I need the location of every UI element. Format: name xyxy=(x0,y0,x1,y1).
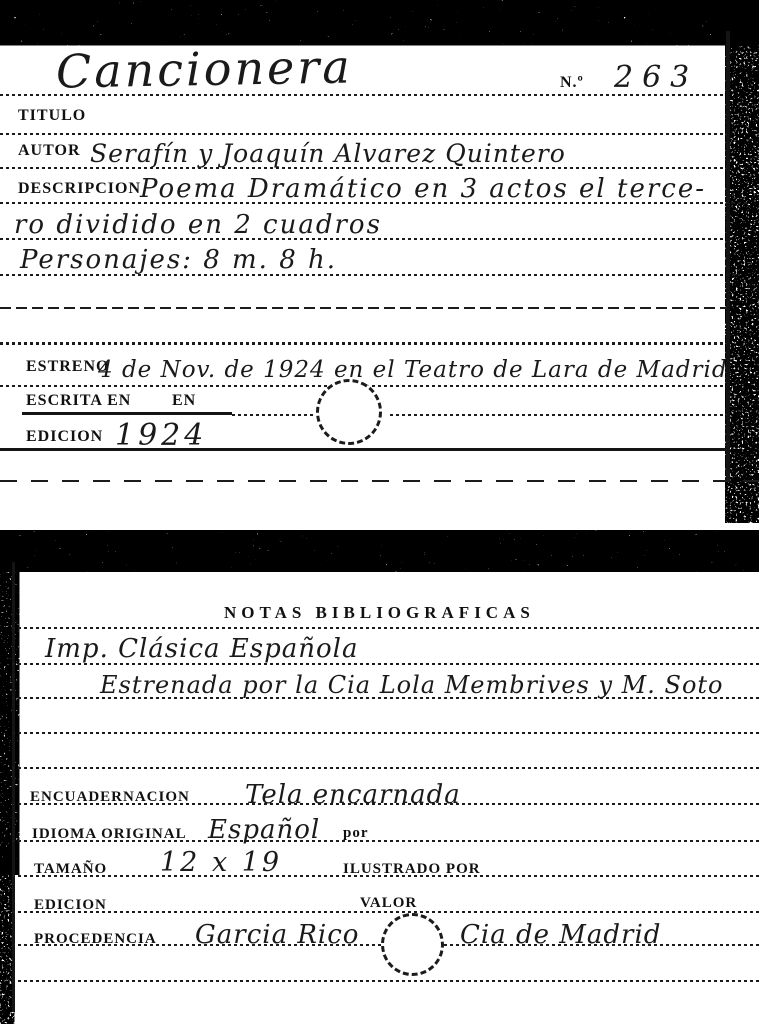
rule-line xyxy=(12,732,759,734)
scanned-catalog-card: Cancionera N.º 263 TITULO AUTOR Serafín … xyxy=(0,0,759,1028)
rule-line xyxy=(0,307,727,309)
edicion2-label: EDICION xyxy=(34,897,107,914)
procedencia-value-part2: Cia de Madrid xyxy=(460,920,661,950)
personajes-value: Personajes: 8 m. 8 h. xyxy=(20,245,337,275)
card-top-bottom-edge xyxy=(0,480,759,482)
ilustrado-por-label: ILUSTRADO POR xyxy=(343,861,481,878)
descripcion-label: DESCRIPCION xyxy=(18,180,141,198)
en-label: EN xyxy=(172,392,196,410)
tamano-value: 12 x 19 xyxy=(160,847,282,878)
descripcion-line2: ro dividido en 2 cuadros xyxy=(14,210,382,240)
card-bottom-bottom-edge xyxy=(12,980,759,982)
rule-line xyxy=(232,414,313,416)
nota-line2: Estrenada por la Cia Lola Membrives y M.… xyxy=(100,671,723,699)
rule-line xyxy=(0,448,727,451)
por-label: por xyxy=(343,825,369,842)
idioma-original-value: Español xyxy=(208,815,320,845)
edicion-label: EDICION xyxy=(26,428,103,446)
titulo-label: TITULO xyxy=(18,107,86,125)
punch-hole xyxy=(373,905,452,984)
number-label: N.º xyxy=(560,74,584,92)
encuadernacion-label: ENCUADERNACION xyxy=(30,789,190,806)
number-value: 263 xyxy=(614,60,698,95)
estreno-value: 4 de Nov. de 1924 en el Teatro de Lara d… xyxy=(98,357,728,383)
rule-line xyxy=(0,133,727,135)
nota-line1: Imp. Clásica Española xyxy=(45,634,358,664)
rule-line xyxy=(12,767,759,769)
estreno-label: ESTRENO xyxy=(26,358,109,376)
valor-label: VALOR xyxy=(360,895,417,912)
idioma-original-label: IDIOMA ORIGINAL xyxy=(32,826,187,843)
autor-label: AUTOR xyxy=(18,142,81,160)
escrita-en-label: ESCRITA EN xyxy=(26,392,131,410)
edicion-value: 1924 xyxy=(115,418,207,453)
rule-line xyxy=(390,414,727,416)
procedencia-label: PROCEDENCIA xyxy=(34,931,157,948)
procedencia-value-part1: Garcia Rico xyxy=(195,920,359,950)
notas-bibliograficas-heading: NOTAS BIBLIOGRAFICAS xyxy=(224,603,535,623)
rule-line xyxy=(22,412,232,415)
rule-line xyxy=(0,342,727,345)
rule-line xyxy=(12,627,759,629)
descripcion-line1: Poema Dramático en 3 actos el terce- xyxy=(140,174,706,204)
autor-value: Serafín y Joaquín Alvarez Quintero xyxy=(90,139,566,168)
tamano-label: TAMAÑO xyxy=(34,861,107,878)
encuadernacion-value: Tela encarnada xyxy=(245,780,461,810)
title-handwritten: Cancionera xyxy=(56,39,354,98)
